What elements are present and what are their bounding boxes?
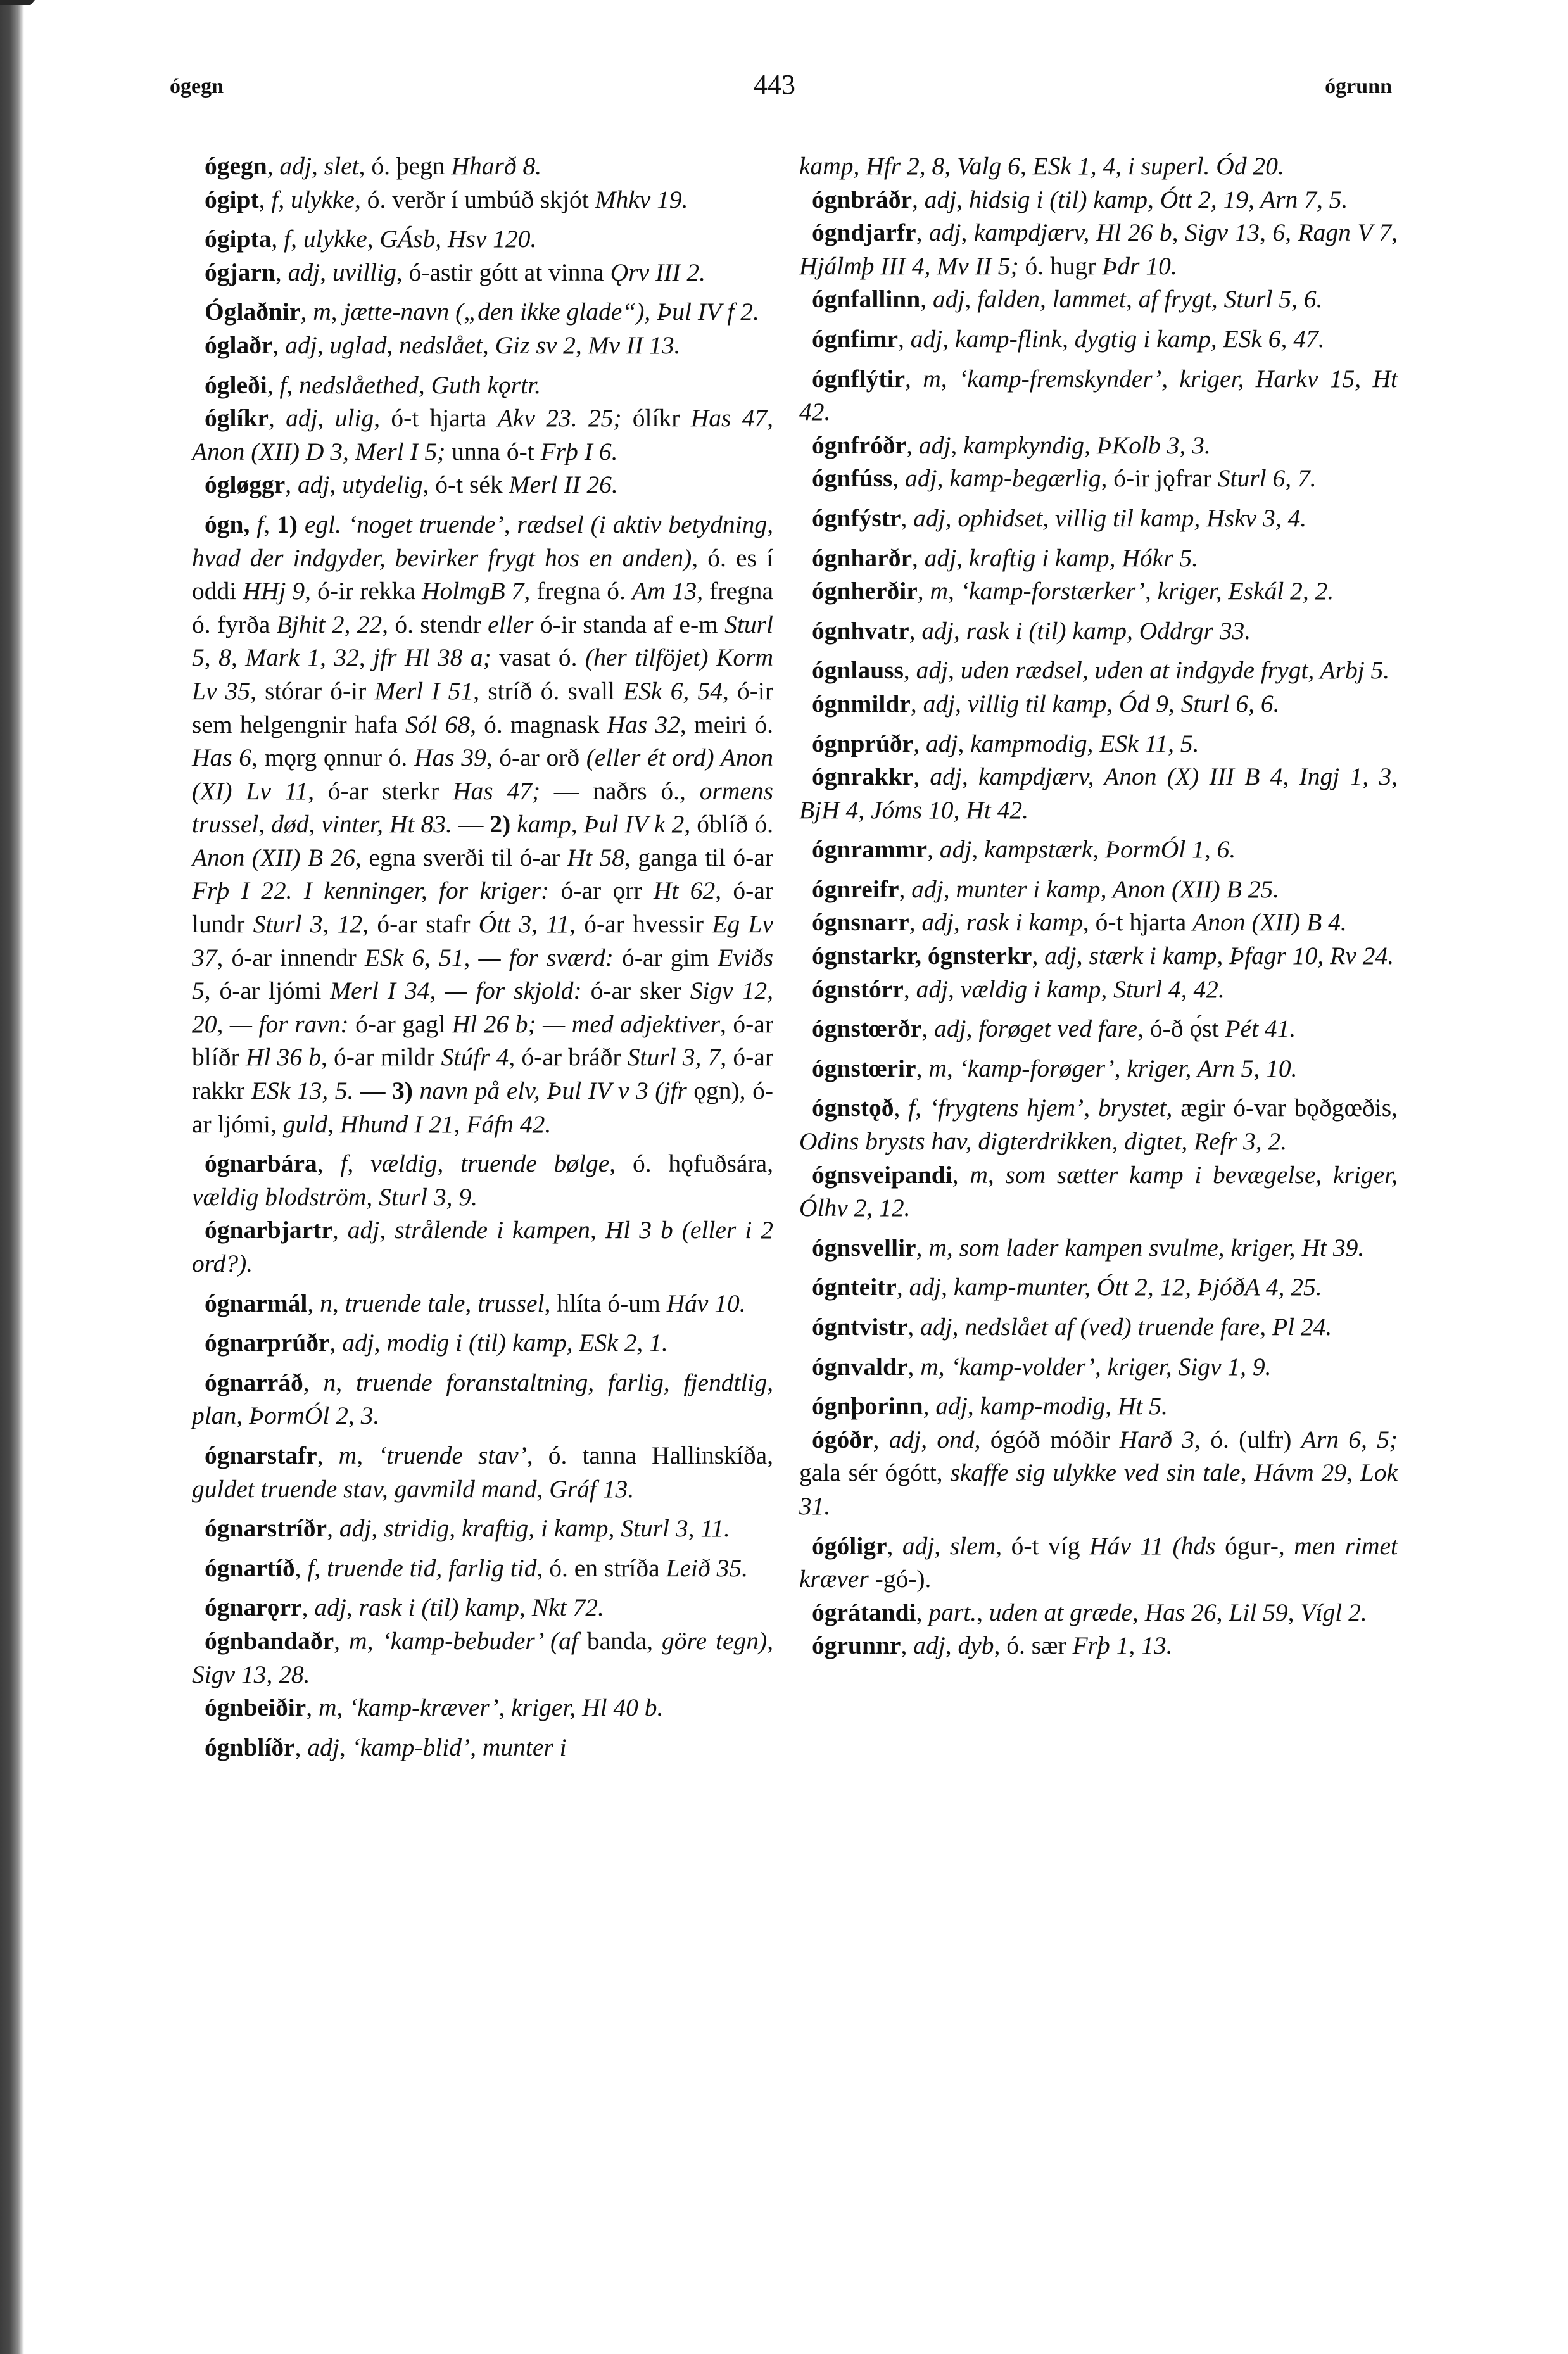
italic-gloss: uden rædsel, uden at indgyde frygt, Arbj… [961,656,1389,684]
italic-gloss: Háv 10. [667,1289,746,1317]
italic-gloss: m [928,1234,947,1262]
text-run: , [945,504,958,532]
page-number: 443 [754,68,795,101]
dictionary-entry: ógipta, f, ulykke, GÁsb, Hsv 120. [192,222,773,256]
text-run: , [913,763,930,790]
text-run: , meiri ó. [680,711,773,738]
italic-gloss: n [320,1289,332,1317]
text-run: , [954,617,966,645]
text-run [510,810,517,838]
headword: ógleði [205,371,267,399]
dictionary-entry: ógnhvatr, adj, rask i (til) kamp, Oddrgr… [799,614,1398,648]
text-run: , egna sverði til ó-ar [355,844,567,871]
headword: ógnarbára [205,1149,317,1177]
headword: ógnmildr [812,690,911,718]
italic-gloss: f [307,1554,314,1582]
italic-gloss: Ht 62 [654,876,715,904]
italic-gloss: adj [1044,942,1076,970]
italic-gloss: GÁsb, Hsv 120. [379,225,536,253]
headword: óglaðr [205,331,273,359]
italic-gloss: Merl I 34, — for skjold: [330,977,581,1004]
italic-gloss: uden at græde, Has 26, Lil 59, Vígl 2. [989,1598,1367,1626]
text-run: , ó-ar orð [486,744,586,771]
headword: ógnstœrðr [812,1015,921,1042]
text-run: , [1077,942,1089,970]
headword: ógnsveipandi [812,1161,952,1189]
italic-gloss: adj [913,504,945,532]
italic-gloss: dyb [958,1631,994,1659]
italic-gloss: Frþ I 6. [541,438,618,465]
text-run: , ó-ar hvessir [569,910,712,938]
italic-gloss: adj [923,690,955,718]
italic-gloss: modig i (til) kamp, ESk 2, 1. [386,1329,667,1357]
text-run: , mǫrg ǫnnur ó. [251,744,414,771]
italic-gloss: f [340,1149,347,1177]
text-run: , [312,152,324,180]
text-run: , ó-ar stafr [362,910,479,938]
headword: ógn, [205,510,256,538]
dictionary-entry: ógnharðr, adj, kraftig i kamp, Hókr 5. [799,541,1398,575]
headword: ógnfróðr [812,431,906,459]
dictionary-entry: ógnstórr, adj, vældig i kamp, Sturl 4, 4… [799,973,1398,1006]
italic-gloss: nedslået af (ved) truende fare, Pl 24. [964,1313,1332,1341]
text-run: , [956,186,969,213]
italic-gloss: HolmgB 7 [422,577,524,605]
italic-gloss: Giz sv 2, Mv II 13. [495,331,681,359]
text-run: , [952,1161,970,1189]
italic-gloss: Þdr 10. [1102,252,1177,280]
italic-gloss: ‘kamp-forøger’, kriger, Arn 5, 10. [959,1054,1298,1082]
running-head-first-word: ógegn [170,75,224,99]
scan-binding-edge [0,0,24,2354]
italic-gloss: rask i (til) kamp, Nkt 72. [359,1593,604,1621]
text-run: , [904,656,916,684]
italic-gloss: Mhkv 19. [595,186,688,213]
dictionary-entry: ógnarprúðr, adj, modig i (til) kamp, ESk… [192,1326,773,1360]
italic-gloss: Harð 3, [1120,1426,1201,1453]
italic-gloss: Bjhit 2, 22 [277,611,383,638]
text-run: , [923,1392,936,1420]
text-run: , [899,875,911,903]
text-run: , [894,1094,909,1122]
dictionary-entry: ógóligr, adj, slem, ó-t víg Háv 11 (hds … [799,1529,1398,1596]
italic-gloss: hidsig i (til) kamp, Ótt 2, 19, Arn 7, 5… [969,186,1348,213]
text-run: , [887,1532,902,1560]
headword: ógjarn [205,258,275,286]
text-run: , ó-t víg [996,1532,1089,1560]
dictionary-entry: ógegn, adj, slet, ó. þegn Hharð 8. [192,149,773,183]
headword: ógrátandi [812,1598,916,1626]
text-run: ólíkr [622,404,691,432]
text-run: , [465,1289,477,1317]
italic-gloss: adj [925,186,956,213]
text-run: , [947,1054,959,1082]
text-run: , [955,690,968,718]
italic-gloss: Guth kǫrtr. [431,371,541,399]
text-run: , [941,365,959,393]
text-run: , [904,975,916,1003]
text-run: , [317,331,330,359]
text-run: , ó-ð ǫ́st [1137,1015,1225,1042]
italic-gloss: m [928,1054,947,1082]
dictionary-entry: ógjarn, adj, uvillig, ó-astir gótt at vi… [192,256,773,289]
text-run: , hlíta ó-um [545,1289,667,1317]
text-run: — [353,1077,392,1104]
italic-gloss: m [930,577,949,605]
text-run: , ó-ar bráðr [509,1043,627,1071]
italic-gloss: Sól 68 [405,711,470,738]
text-run: , ó-t sék [423,471,509,498]
text-run: , [907,1353,920,1381]
text-run: , [419,371,431,399]
headword: ógnfimr [812,325,898,353]
dictionary-entry: ógnsveipandi, m, som sætter kamp i bevæg… [799,1158,1398,1225]
headword: ógnarǫrr [205,1593,302,1621]
italic-gloss: n [324,1369,336,1396]
text-run: , [901,1631,913,1659]
headword: ógnstarkr, ógnsterkr [812,942,1032,970]
headword: ógipt [205,186,259,213]
italic-gloss: ulykke [303,225,367,253]
text-run: , ó. þegn [359,152,452,180]
italic-gloss: adj [926,730,958,757]
text-run: , [952,1313,965,1341]
italic-gloss: adj [288,258,320,286]
italic-gloss: adj [307,1733,339,1761]
italic-gloss: ESk 6, 54 [623,677,723,705]
text-run: , ó-ir jǫfrar [1101,464,1218,492]
italic-gloss: adj [920,1313,952,1341]
text-run: vasat ó. [491,643,585,671]
text-run: , [948,577,961,605]
text-run: , [961,218,973,246]
headword: ógnblíðr [205,1733,295,1761]
dictionary-entry: ógnarbára, f, vældig, truende bølge, ó. … [192,1147,773,1213]
text-run: , [958,730,970,757]
italic-gloss: Am 13 [632,577,697,605]
text-run: , [267,371,280,399]
text-run: , [307,1289,320,1317]
italic-gloss: guld, Hhund I 21, Fáfn 42. [283,1110,552,1138]
italic-gloss: ‘kamp-volder’, kriger, Sigv 1, 9. [951,1353,1271,1381]
text-run: , [916,218,929,246]
text-run: , [920,285,933,313]
headword: ógnarstafr [205,1441,317,1469]
text-run: , [330,471,343,498]
text-run: , ó. en stríða [536,1554,666,1582]
text-run: , [1032,942,1044,970]
headword: ógnhvatr [812,617,909,645]
entry-continuation: kamp, Hfr 2, 8, Valg 6, ESk 1, 4, i supe… [799,149,1398,183]
headword: ógnrakkr [812,763,913,790]
italic-gloss: som lader kampen svulme, kriger, Ht 39. [959,1234,1365,1262]
italic-gloss: f [284,225,291,253]
text-run: , [357,1441,378,1469]
italic-gloss: adj [911,875,943,903]
headword: óglíkr [205,404,269,432]
italic-gloss: falden, lammet, af frygt, Sturl 5, 6. [977,285,1322,313]
dictionary-entry: ógn, f, 1) egl. ‘noget truende’, rædsel … [192,508,773,1141]
headword: ógegn [205,152,267,180]
dictionary-entry: ógnarǫrr, adj, rask i (til) kamp, Nkt 72… [192,1591,773,1624]
dictionary-entry: ógntvistr, adj, nedslået af (ved) truend… [799,1310,1398,1344]
dictionary-entry: ógnblíðr, adj, ‘kamp-blid’, munter i [192,1731,773,1764]
italic-gloss: utydelig [342,471,422,498]
italic-gloss: adj [314,1593,346,1621]
text-run: , ægir ó-var bǫðgœðis, [1166,1094,1398,1122]
italic-gloss: nedslåethed [299,371,419,399]
text-run: , [898,325,911,353]
text-run: , [968,1392,980,1420]
text-run: , [971,835,984,863]
italic-gloss: adj [919,431,951,459]
text-run: , [873,1426,889,1453]
text-run: , [906,431,919,459]
italic-gloss: rask i kamp [966,908,1083,936]
text-run: , [948,656,961,684]
text-run: , ó-ar innendr [217,944,365,971]
text-run: , [916,1598,929,1626]
italic-gloss: kamp, Hfr 2, 8, Valg 6, ESk 1, 4, i supe… [799,152,1284,180]
italic-gloss: adj [913,1631,945,1659]
text-run: , ó-t hjarta [1083,908,1192,936]
italic-gloss: kamp-begærlig [949,464,1101,492]
italic-gloss: adj [940,835,971,863]
text-run: , ó. tanna Hallinskíða, [527,1441,773,1469]
headword: ógnvaldr [812,1353,907,1381]
italic-gloss: munter i kamp, Anon (XII) B 25. [956,875,1279,903]
italic-gloss: part. [928,1598,977,1626]
text-run: , [300,298,313,326]
dictionary-entry: ógnreifr, adj, munter i kamp, Anon (XII)… [799,873,1398,906]
italic-gloss: adj [935,1392,967,1420]
text-run: , óblíð ó. [684,810,773,838]
text-run: , [295,1733,308,1761]
dictionary-entry: ógnmildr, adj, villig til kamp, Ód 9, St… [799,687,1398,721]
text-run: ógur-, [1216,1532,1294,1560]
italic-gloss: adj [889,1426,921,1453]
headword: 2) [490,810,510,838]
dictionary-entry: ógnþorinn, adj, kamp-modig, Ht 5. [799,1389,1398,1423]
text-run: , [285,471,298,498]
text-run: , fregna ó. [524,577,632,605]
headword: ógnflýtir [812,365,905,393]
headword: ógnstórr [812,975,904,1003]
dictionary-entry: Óglaðnir, m, jætte-navn („den ikke glade… [192,295,773,329]
text-run: , [303,1369,324,1396]
text-run: , [977,1598,989,1626]
dictionary-entry: ógnlauss, adj, uden rædsel, uden at indg… [799,654,1398,687]
text-run: ó. hugr [1019,252,1103,280]
headword: ógløggr [205,471,285,498]
headword: ógnteitr [812,1273,897,1301]
left-column: ógegn, adj, slet, ó. þegn Hharð 8.ógipt,… [192,149,773,1764]
text-run: ó-ar ǫrr [549,876,654,904]
text-run: ó-ir standa af e-m [534,611,725,638]
text-run: , [374,1329,387,1357]
italic-gloss: adj [925,544,956,572]
italic-gloss: f [279,371,286,399]
dictionary-entry: ógnvaldr, m, ‘kamp-volder’, kriger, Sigv… [799,1350,1398,1384]
dictionary-entry: ógnartíð, f, truende tid, farlig tid, ó.… [192,1552,773,1585]
italic-gloss: kamp, Þul IV k 2 [517,810,684,838]
italic-gloss: adj [902,1532,934,1560]
italic-gloss: kampmodig, ESk 11, 5. [970,730,1199,757]
italic-gloss: jætte-navn („den ikke glade“), Þul IV f … [343,298,759,326]
italic-gloss: Ht 58 [567,844,624,871]
italic-gloss: Has 32 [607,711,680,738]
italic-gloss: adj [348,1216,379,1244]
italic-gloss: Merl I 51 [374,677,473,705]
right-column: kamp, Hfr 2, 8, Valg 6, ESk 1, 4, i supe… [799,149,1398,1662]
italic-gloss: navn på elv, Þul IV v 3 (jfr [419,1077,686,1104]
text-run: , [334,1627,349,1655]
headword: ógnsnarr [812,908,909,936]
headword: ógipta [205,225,271,253]
headword: ógnbeiðir [205,1693,306,1721]
text-run: , ó-ar sterkr [308,777,453,805]
italic-gloss: ophidset, villig til kamp, Hskv 3, 4. [958,504,1306,532]
italic-gloss: m [349,1627,367,1655]
text-run: , [269,404,286,432]
text-run: , [921,1015,934,1042]
dictionary-entry: ógnflýtir, m, ‘kamp-fremskynder’, kriger… [799,362,1398,429]
dictionary-entry: óglaðr, adj, uglad, nedslået, Giz sv 2, … [192,329,773,362]
italic-gloss: stærk i kamp, Þfagr 10, Rv 24. [1089,942,1394,970]
italic-gloss: stridig, kraftig, i kamp, Sturl 3, 11. [384,1514,730,1542]
dictionary-entry: ógnarbjartr, adj, strålende i kampen, Hl… [192,1213,773,1280]
text-run: , [956,544,969,572]
italic-gloss: vældig, truende bølge [370,1149,609,1177]
dictionary-entry: ógnbráðr, adj, hidsig i (til) kamp, Ótt … [799,183,1398,217]
italic-gloss: nedslået [399,331,483,359]
headword: 3) [392,1077,413,1104]
headword: ógnartíð [205,1554,295,1582]
text-run: , [302,1593,315,1621]
dictionary-entry: ógnarstríðr, adj, stridig, kraftig, i ka… [192,1512,773,1545]
text-run: , [317,1441,339,1469]
italic-gloss: ‘kamp-bebuder’ (af [382,1627,578,1655]
italic-gloss: adj [921,617,953,645]
dictionary-entry: ógrunnr, adj, dyb, ó. sær Frþ 1, 13. [799,1629,1398,1662]
italic-gloss: Ótt 3, 11 [479,910,569,938]
dictionary-entry: ógnfróðr, adj, kampkyndig, ÞKolb 3, 3. [799,429,1398,462]
text-run: , [916,1234,929,1262]
text-run: unna ó-t [445,438,540,465]
text-run: , [286,371,299,399]
dictionary-entry: ógnherðir, m, ‘kamp-forstærker’, kriger,… [799,574,1398,608]
italic-gloss: f [256,510,263,538]
text-run: , [336,1693,349,1721]
text-run: , [483,331,495,359]
dictionary-entry: ógóðr, adj, ond, ógóð móðir Harð 3, ó. (… [799,1423,1398,1523]
text-run: , [942,325,955,353]
dictionary-entry: ógnfýstr, adj, ophidset, villig til kamp… [799,502,1398,535]
text-run: , ó. verðr í umbúð skjót [355,186,595,213]
text-run: , [314,1554,327,1582]
italic-gloss: adj [280,152,312,180]
text-run: , [379,1216,395,1244]
italic-gloss: adj [905,464,937,492]
headword: ógnprúðr [812,730,913,757]
text-run: , ó. magnask [470,711,607,738]
text-run: , [291,225,303,253]
text-run: , [918,577,930,605]
headword: ógnharðr [812,544,912,572]
text-run: , [948,975,961,1003]
headword: ógnfúss [812,464,892,492]
italic-gloss: kraftig i kamp, Hókr 5. [969,544,1198,572]
italic-gloss: rask i (til) kamp, Oddrgr 33. [966,617,1251,645]
text-run: , [367,1627,383,1655]
dictionary-entry: ógnteitr, adj, kamp-munter, Ótt 2, 12, Þ… [799,1270,1398,1304]
italic-gloss: adj [916,975,948,1003]
text-run: , [905,365,923,393]
headword: ógnbandaðr [205,1627,334,1655]
italic-gloss: ulig [335,404,374,432]
text-run [298,510,305,538]
italic-gloss: villig til kamp, Ód 9, Sturl 6, 6. [968,690,1280,718]
text-run: , [951,431,963,459]
dictionary-entry: ógnfúss, adj, kamp-begærlig, ó-ir jǫfrar… [799,462,1398,495]
text-run: -gó-). [869,1565,932,1593]
text-run: , [273,331,286,359]
text-run: , [271,225,284,253]
italic-gloss: m [923,365,941,393]
dictionary-entry: ógrátandi, part., uden at græde, Has 26,… [799,1596,1398,1629]
text-run: , [331,298,344,326]
italic-gloss: ‘kamp-blid’, munter i [352,1733,567,1761]
headword: ógnarráð [205,1369,303,1396]
headword: ógnarbjartr [205,1216,332,1244]
headword: ógntvistr [812,1313,907,1341]
text-run: , [332,1216,348,1244]
italic-gloss: adj [342,1329,374,1357]
text-run: , [295,1554,308,1582]
headword: ógnfýstr [812,504,901,532]
dictionary-entry: ógløggr, adj, utydelig, ó-t sék Merl II … [192,468,773,502]
dictionary-entry: ógnbeiðir, m, ‘kamp-kræver’, kriger, Hl … [192,1691,773,1724]
headword: ógnrammr [812,835,927,863]
text-run: , [911,690,923,718]
italic-gloss: forøget ved fare [978,1015,1137,1042]
dictionary-entry: óglíkr, adj, ulig, ó-t hjarta Akv 23. 25… [192,402,773,468]
italic-gloss: slem [950,1532,996,1560]
italic-gloss: Stúfr 4 [441,1043,509,1071]
italic-gloss: kampstærk, ÞormÓl 1, 6. [984,835,1236,863]
text-run: , [327,1514,339,1542]
italic-gloss: ond [937,1426,974,1453]
text-run: , [921,1426,937,1453]
dictionary-entry: ógnstœrir, m, ‘kamp-forøger’, kriger, Ar… [799,1052,1398,1085]
headword: ógnfallinn [812,285,920,313]
headword: Óglaðnir [205,298,300,326]
italic-gloss: f [271,186,278,213]
italic-gloss: HHj 9 [243,577,305,605]
headword: ógrunnr [812,1631,901,1659]
text-run: , ganga til ó-ar [624,844,773,871]
italic-gloss: Hl 36 b [246,1043,321,1071]
text-run: , ó. hǫfuðsára, [609,1149,773,1177]
text-run: , [346,1593,359,1621]
headword: ógnherðir [812,577,918,605]
headword: ógóðr [812,1426,873,1453]
text-run: , stórar ó-ir [250,677,374,705]
italic-gloss: truende tale [345,1289,465,1317]
italic-gloss: Merl II 26. [509,471,618,498]
italic-gloss: Hharð 8. [452,152,542,180]
italic-gloss: uglad [330,331,387,359]
